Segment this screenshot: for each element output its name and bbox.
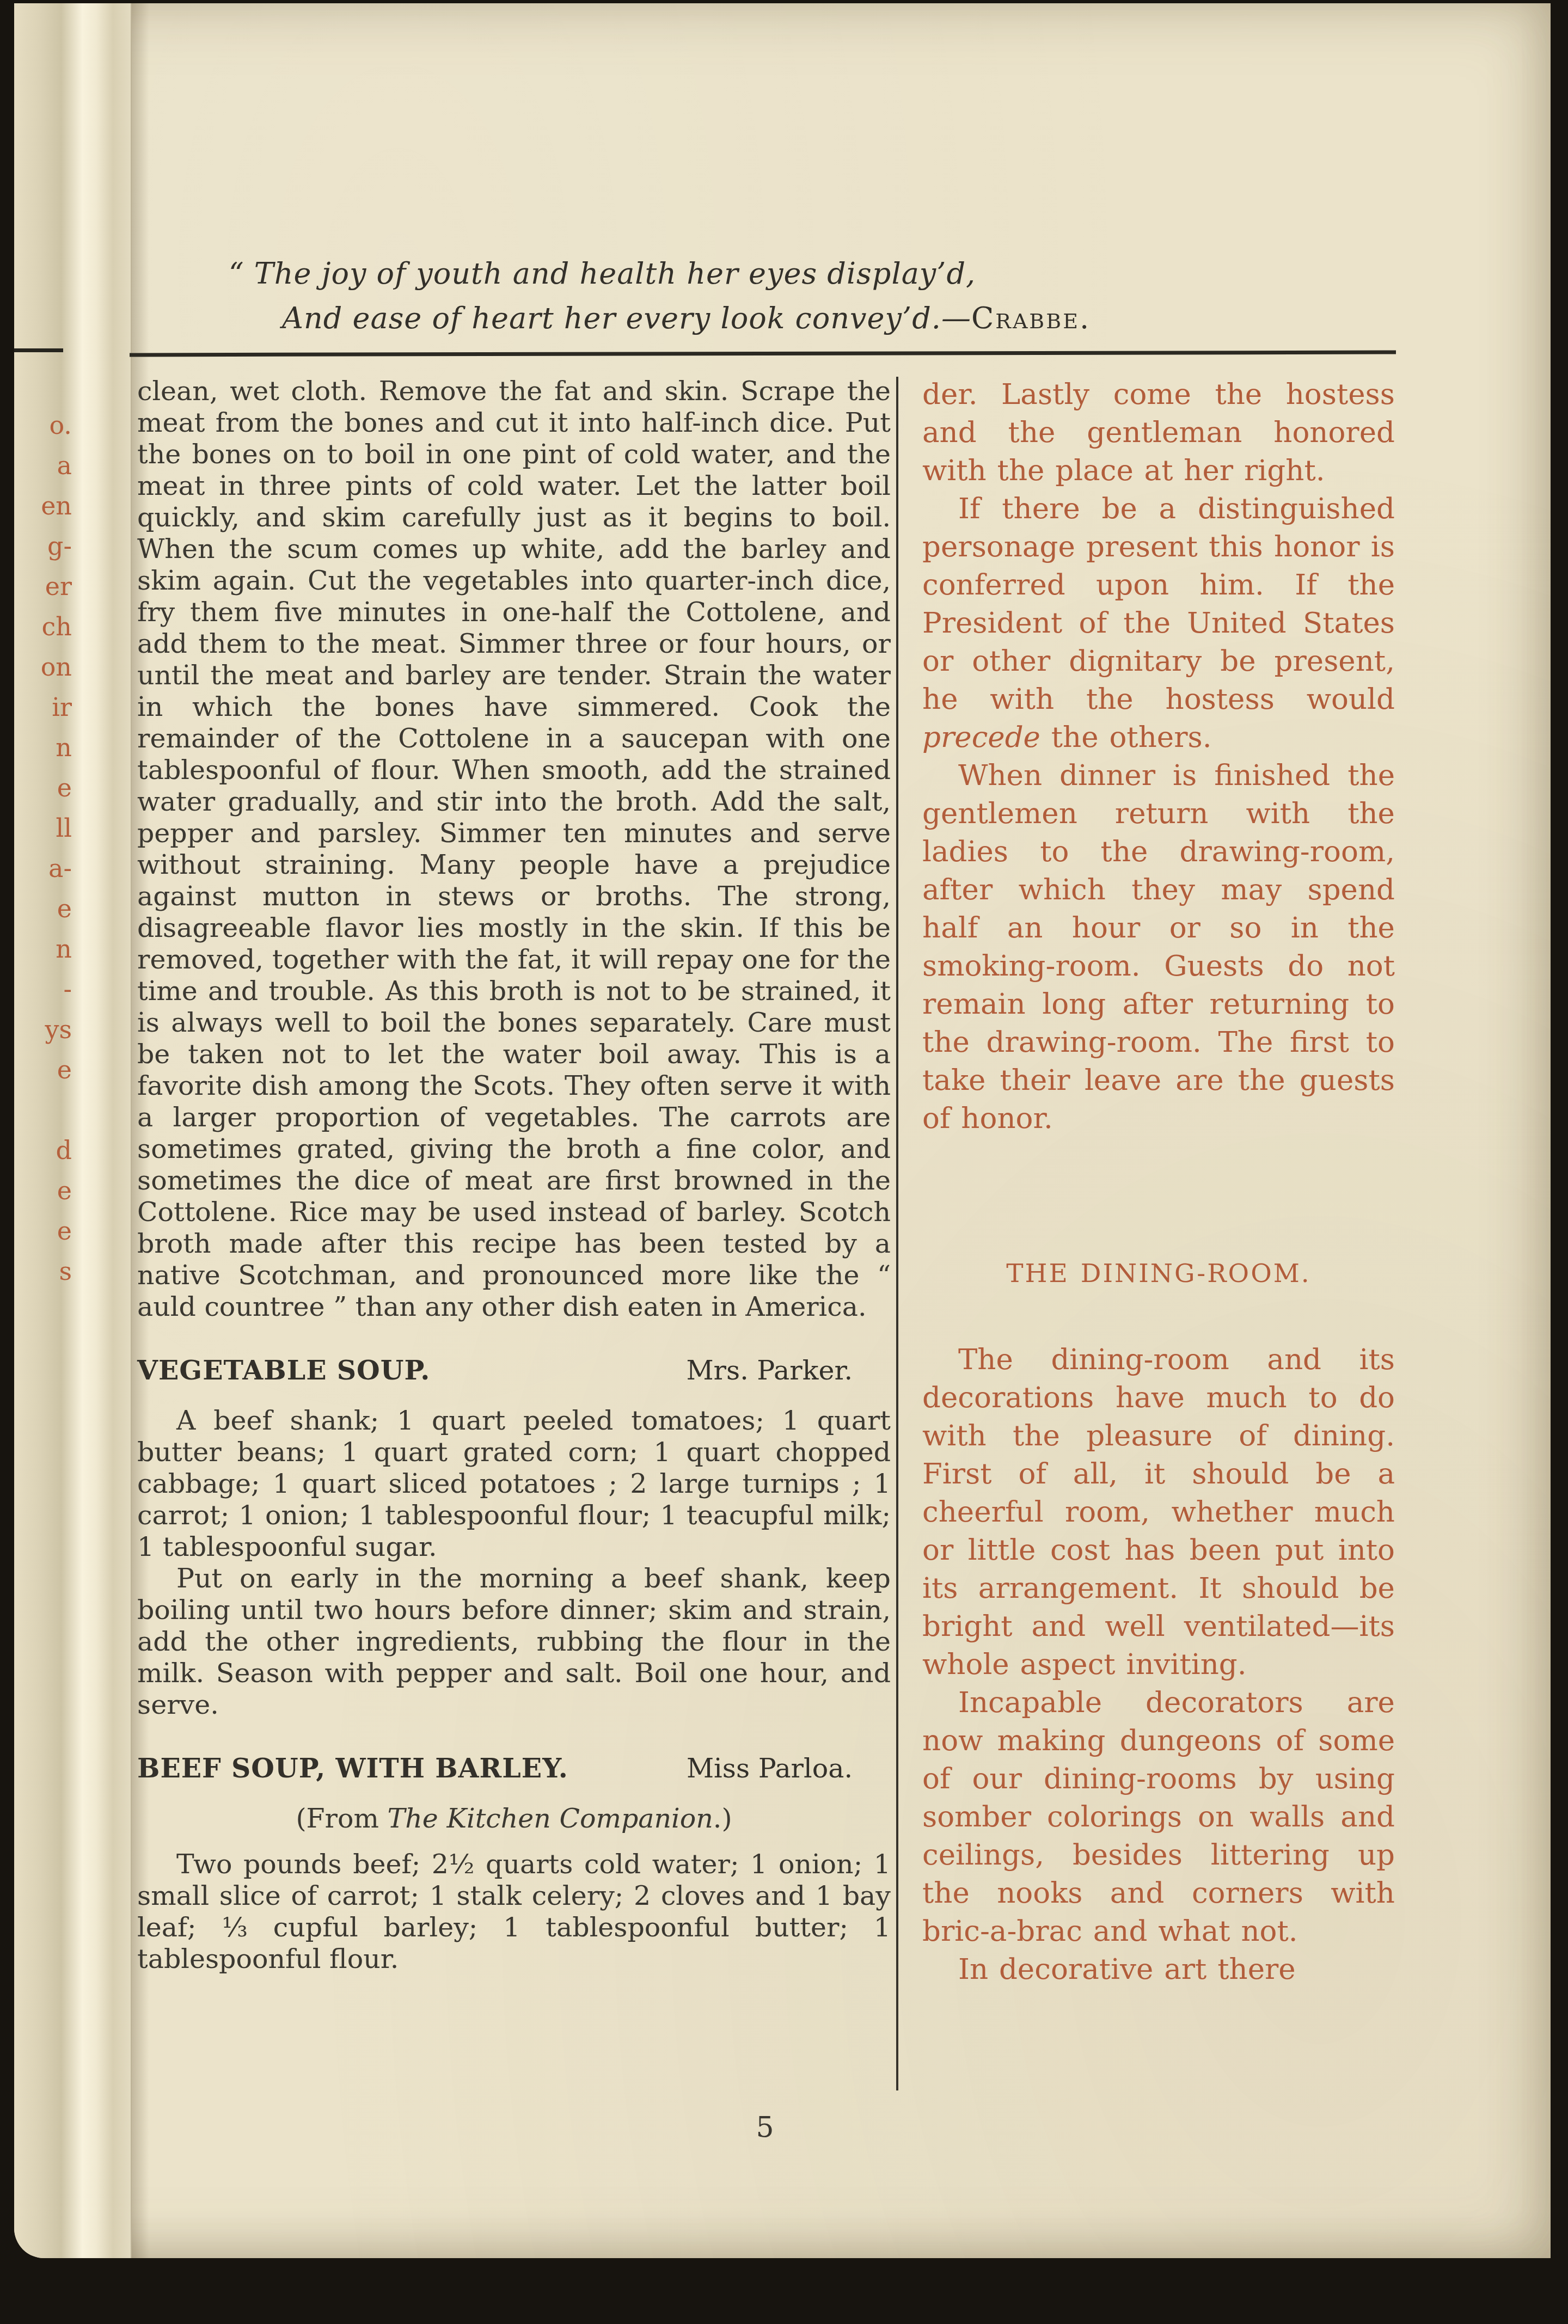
gutter-text-fragment: s — [15, 1251, 72, 1291]
source-prefix: (From — [296, 1803, 387, 1834]
column-divider-rule — [896, 377, 898, 2090]
previous-page-gutter: o.aeng-erchonirnella-en-ysedees — [14, 3, 132, 2258]
quote-line-1: “ The joy of youth and health her eyes d… — [229, 252, 1394, 296]
gutter-text-fragment: ir — [15, 687, 72, 727]
paragraph: When dinner is finished the gentlemen re… — [922, 757, 1395, 1138]
recipe-title: BEEF SOUP, WITH BARLEY. — [137, 1752, 568, 1784]
gutter-text-fragment — [15, 1090, 72, 1130]
gutter-text-fragment: e — [15, 888, 72, 929]
left-column: clean, wet cloth. Remove the fat and ski… — [137, 376, 891, 1975]
recipe-heading: BEEF SOUP, WITH BARLEY. Miss Parloa. — [137, 1752, 891, 1785]
gutter-text-fragment: ll — [15, 808, 72, 848]
gutter-text-fragment: e — [15, 1050, 72, 1090]
horizontal-rule-stub — [14, 348, 63, 352]
paragraph: The dining-room and its decorations have… — [922, 1341, 1395, 1684]
gutter-text-fragment: - — [15, 969, 72, 1009]
gutter-text-fragment: g- — [15, 526, 72, 566]
gutter-text-fragment: e — [15, 768, 72, 808]
paragraph: Incapable decorators are now making dung… — [922, 1684, 1395, 1951]
paragraph: In decorative art there — [922, 1951, 1395, 1989]
quote-line-2-text: And ease of heart her every look convey’… — [282, 301, 971, 335]
quote-attribution: Crabbe. — [971, 301, 1091, 335]
recipe-title: VEGETABLE SOUP. — [137, 1354, 430, 1386]
gutter-text-fragment: on — [15, 647, 72, 687]
gutter-text-fragment: d — [15, 1130, 72, 1170]
gutter-text-fragment: a- — [15, 848, 72, 888]
right-column: der. Lastly come the hostess and the gen… — [922, 376, 1395, 1989]
gutter-text-fragment: o. — [15, 405, 72, 445]
recipe-source-line: (From The Kitchen Companion.) — [137, 1803, 891, 1835]
paragraph-text: If there be a distinguished personage pr… — [922, 492, 1395, 716]
recipe-byline: Miss Parloa. — [687, 1753, 891, 1785]
recipe-byline: Mrs. Parker. — [686, 1355, 891, 1387]
gutter-text-fragment: er — [15, 566, 72, 606]
ingredients-paragraph: Two pounds beef; 2½ quarts cold water; 1… — [137, 1849, 891, 1975]
gutter-text-fragment: en — [15, 486, 72, 526]
paragraph: der. Lastly come the hostess and the gen… — [922, 376, 1395, 490]
gutter-text-fragment: a — [15, 445, 72, 486]
section-heading: THE DINING-ROOM. — [922, 1255, 1395, 1293]
gutter-text-fragments: o.aeng-erchonirnella-en-ysedees — [15, 405, 72, 1291]
quote-line-2: And ease of heart her every look convey’… — [229, 296, 1394, 341]
epigraph-quote: “ The joy of youth and health her eyes d… — [229, 252, 1394, 341]
paragraph: If there be a distinguished personage pr… — [922, 490, 1395, 757]
ingredients-paragraph: A beef shank; 1 quart peeled tomatoes; 1… — [137, 1405, 891, 1563]
book-scan: o.aeng-erchonirnella-en-ysedees “ The jo… — [0, 0, 1568, 2324]
intro-paragraph: clean, wet cloth. Remove the fat and ski… — [137, 376, 891, 1323]
gutter-text-fragment: e — [15, 1211, 72, 1251]
method-paragraph: Put on early in the morning a beef shank… — [137, 1563, 891, 1721]
emphasized-word: precede — [922, 721, 1040, 754]
paragraph-text: the others. — [1040, 721, 1212, 754]
gutter-text-fragment: ch — [15, 606, 72, 647]
recipe-heading: VEGETABLE SOUP. Mrs. Parker. — [137, 1354, 891, 1387]
gutter-text-fragment: n — [15, 929, 72, 969]
gutter-text-fragment: n — [15, 727, 72, 768]
gutter-text-fragment: ys — [15, 1009, 72, 1050]
page-number: 5 — [721, 2111, 808, 2144]
gutter-text-fragment: e — [15, 1170, 72, 1211]
source-title: The Kitchen Companion — [388, 1803, 713, 1834]
source-suffix: .) — [713, 1803, 732, 1834]
